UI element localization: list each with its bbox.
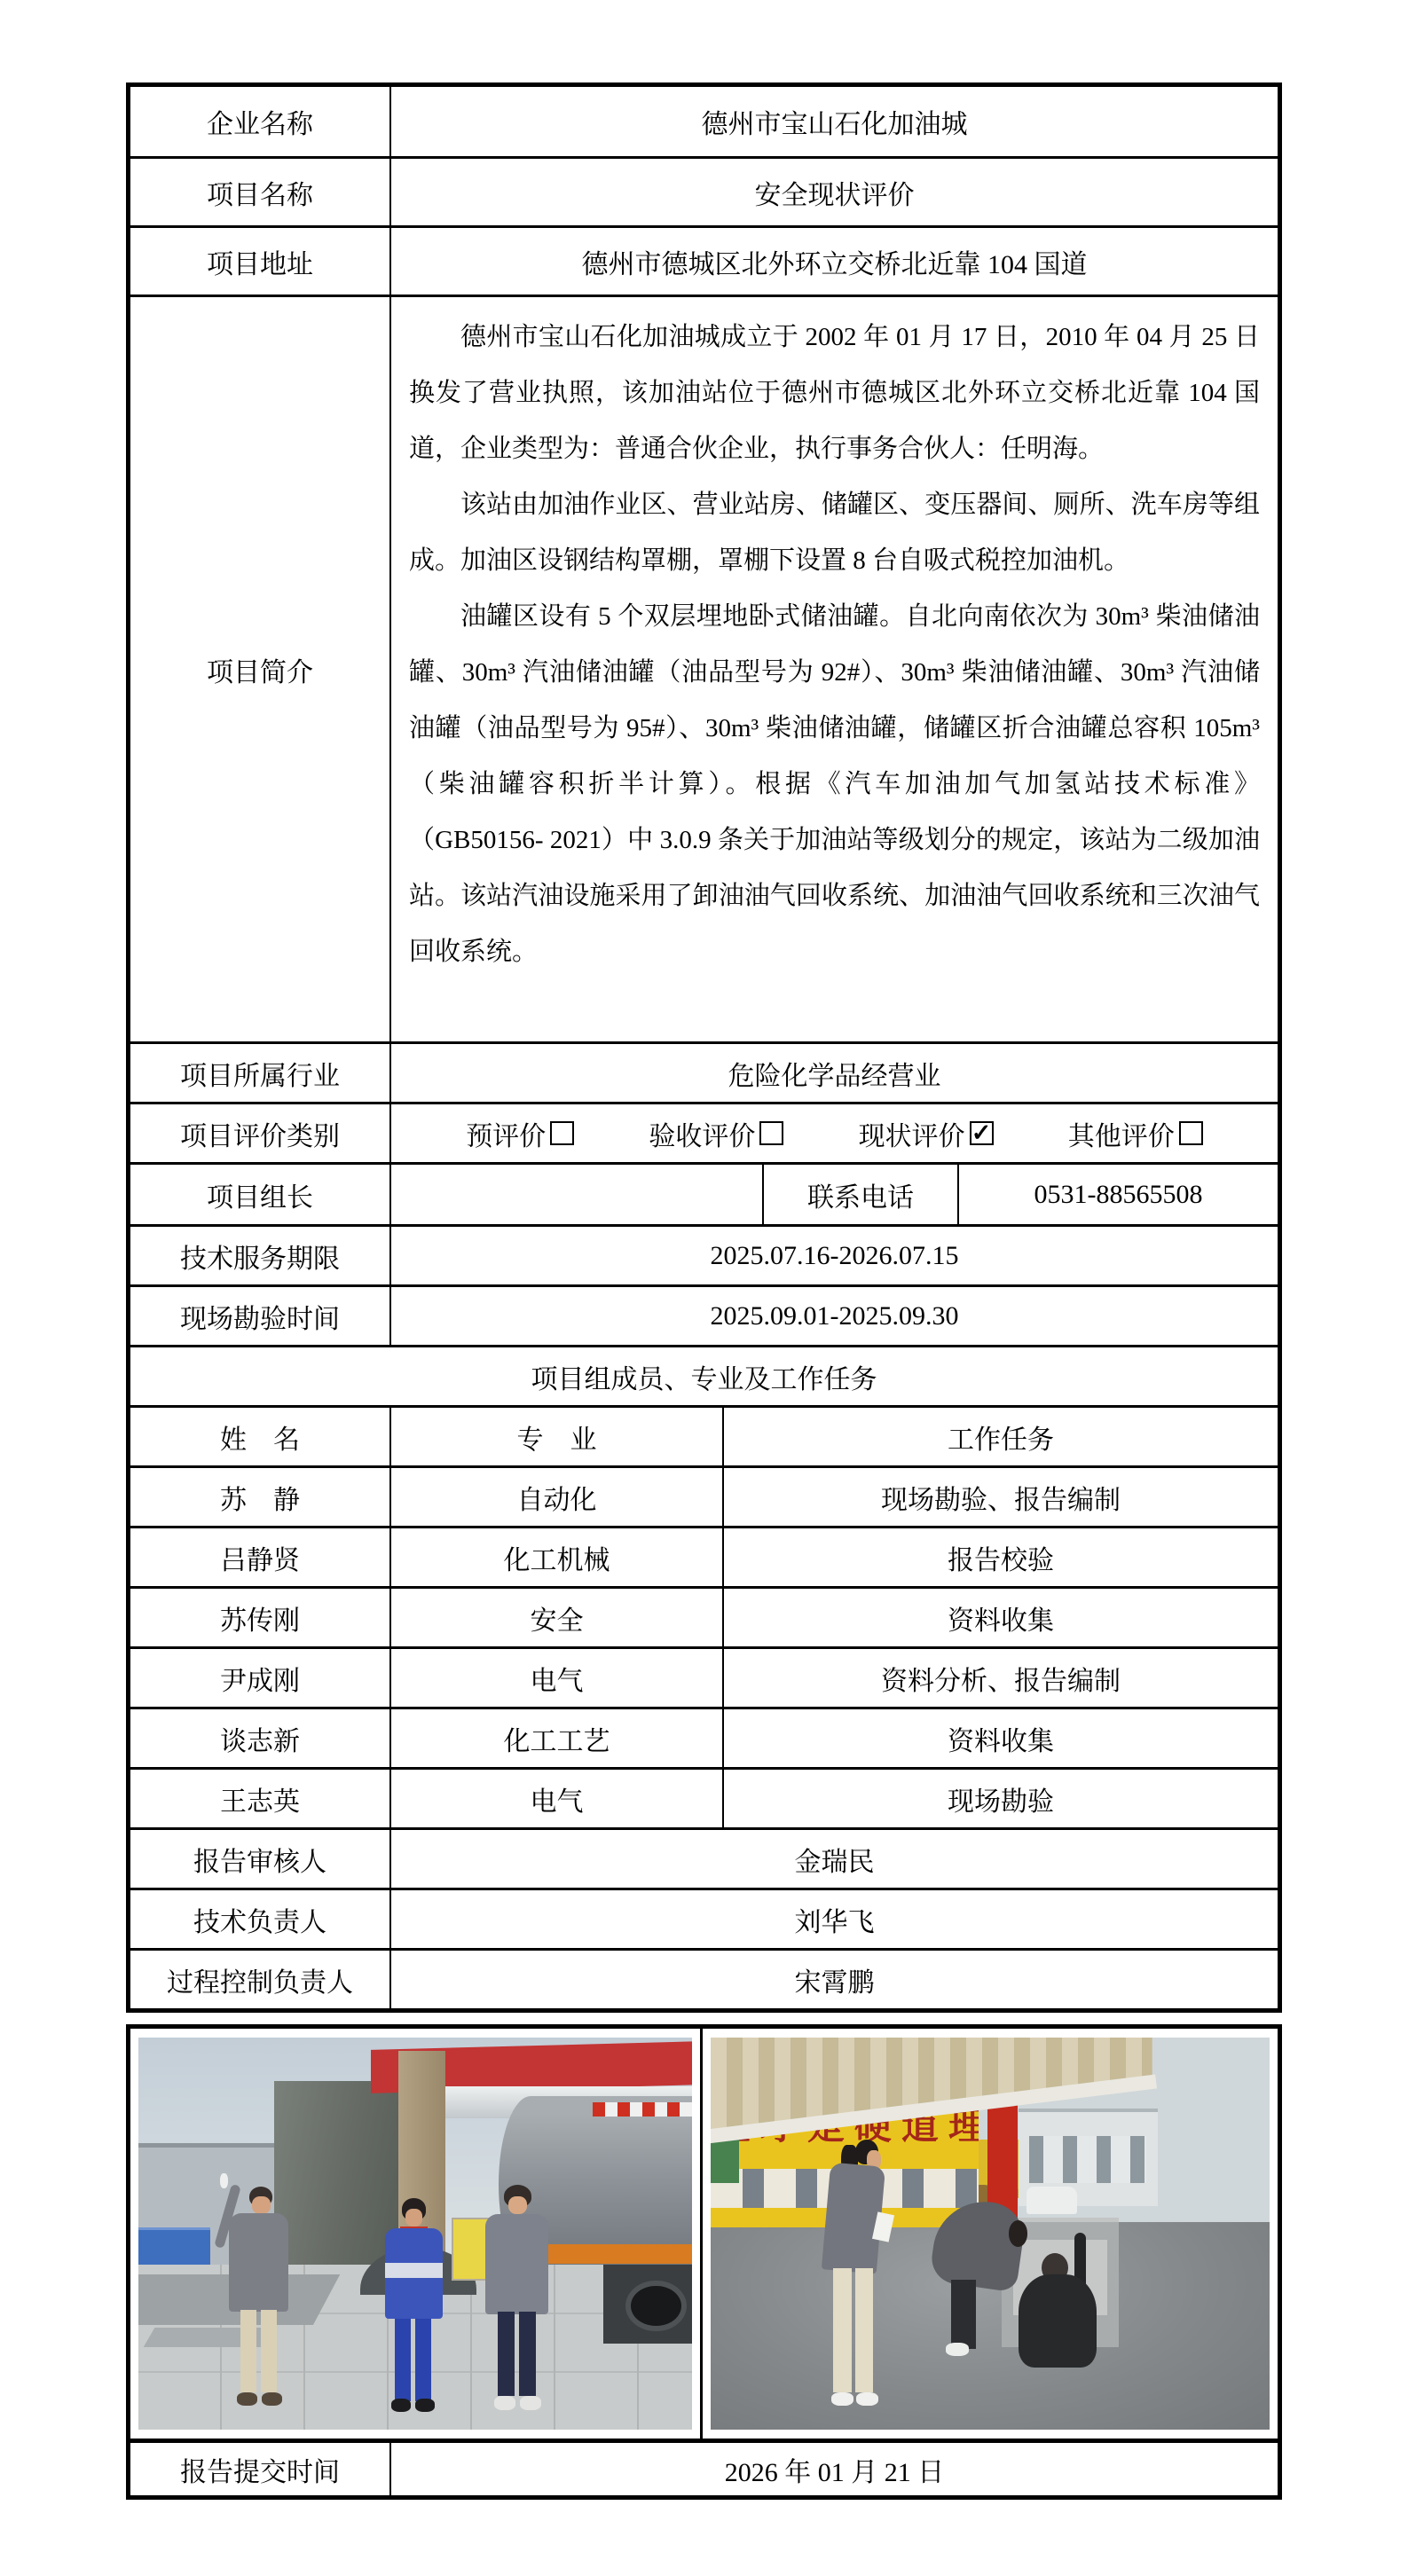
members-header-name: 姓 名 <box>130 1408 391 1465</box>
member-task: 现场勘验 <box>724 1770 1278 1827</box>
person-shoe <box>494 2396 515 2409</box>
person-face <box>252 2196 271 2214</box>
row-address: 项目地址 德州市德城区北外环立交桥北近靠 104 国道 <box>130 225 1278 295</box>
members-header-major: 专 业 <box>391 1408 724 1465</box>
process-control-director-value: 宋霄鹏 <box>391 1951 1278 2008</box>
person-jacket <box>229 2213 287 2312</box>
member-name: 王志英 <box>130 1770 391 1827</box>
industry-label: 项目所属行业 <box>130 1044 391 1102</box>
person-shoe <box>415 2399 435 2412</box>
member-name: 谈志新 <box>130 1709 391 1767</box>
report-reviewer-label: 报告审核人 <box>130 1830 391 1888</box>
intro-paragraph-1: 德州市宝山石化加油城成立于 2002 年 01 月 17 日，2010 年 04… <box>409 310 1260 477</box>
address-value: 德州市德城区北外环立交桥北近靠 104 国道 <box>391 228 1278 295</box>
members-header-task: 工作任务 <box>724 1408 1278 1465</box>
photo-row: 里才是硬道理 <box>130 2029 1278 2439</box>
person-pants-left <box>240 2310 256 2392</box>
person-shoe <box>237 2392 257 2406</box>
phone-value: 0531-88565508 <box>959 1165 1278 1224</box>
building-windows <box>1029 2136 1146 2183</box>
photo-cell-right: 里才是硬道理 <box>703 2029 1278 2439</box>
company-label: 企业名称 <box>130 87 391 156</box>
row-report-reviewer: 报告审核人 金瑞民 <box>130 1827 1278 1888</box>
member-major: 自动化 <box>391 1468 724 1526</box>
option-status-evaluation: 现状评价 ✓ <box>859 1114 994 1153</box>
row-leader: 项目组长 联系电话 0531-88565508 <box>130 1162 1278 1224</box>
row-project: 项目名称 安全现状评价 <box>130 156 1278 225</box>
survey-time-value: 2025.09.01-2025.09.30 <box>391 1287 1278 1345</box>
leader-name-value <box>391 1165 764 1224</box>
person-head <box>1009 2220 1027 2247</box>
service-period-value: 2025.07.16-2026.07.15 <box>391 1227 1278 1284</box>
submit-date-label: 报告提交时间 <box>130 2443 391 2495</box>
member-row: 苏传刚 安全 资料收集 <box>130 1586 1278 1646</box>
site-photos-table: 里才是硬道理 <box>126 2024 1282 2500</box>
person-writing-notes <box>811 2140 895 2414</box>
member-row: 吕静贤 化工机械 报告校验 <box>130 1526 1278 1586</box>
industry-value: 危险化学品经营业 <box>391 1044 1278 1102</box>
option-acceptance-evaluation: 验收评价 <box>649 1114 783 1153</box>
intro-paragraph-3: 油罐区设有 5 个双层埋地卧式储油罐。自北向南依次为 30m³ 柴油储油罐、30… <box>409 589 1260 980</box>
status-evaluation-checkmark: ✓ <box>971 1121 992 1145</box>
member-task: 现场勘验、报告编制 <box>724 1468 1278 1526</box>
navy-pants-left <box>498 2312 515 2396</box>
crouched-body <box>1019 2274 1097 2368</box>
category-label: 项目评价类别 <box>130 1104 391 1162</box>
person-shoe <box>831 2392 853 2406</box>
acceptance-evaluation-checkbox <box>759 1121 783 1145</box>
other-evaluation-checkbox <box>1179 1121 1203 1145</box>
option-pre-evaluation-label: 预评价 <box>466 1114 546 1153</box>
option-other-evaluation-label: 其他评价 <box>1068 1114 1175 1153</box>
technical-director-value: 刘华飞 <box>391 1890 1278 1948</box>
person-shoe <box>391 2399 411 2412</box>
member-name: 苏传刚 <box>130 1589 391 1646</box>
project-value: 安全现状评价 <box>391 159 1278 225</box>
member-row: 王志英 电气 现场勘验 <box>130 1767 1278 1827</box>
member-major: 化工工艺 <box>391 1709 724 1767</box>
members-section-header: 项目组成员、专业及工作任务 <box>130 1345 1278 1405</box>
row-service-period: 技术服务期限 2025.07.16-2026.07.15 <box>130 1224 1278 1284</box>
person-crouching <box>1019 2253 1097 2386</box>
site-photo-group <box>138 2038 692 2430</box>
member-task: 资料收集 <box>724 1709 1278 1767</box>
member-name: 苏 静 <box>130 1468 391 1526</box>
project-label: 项目名称 <box>130 159 391 225</box>
blue-pants-right <box>415 2319 431 2400</box>
person-face <box>405 2209 422 2226</box>
member-major: 化工机械 <box>391 1528 724 1586</box>
status-evaluation-checkbox: ✓ <box>970 1121 994 1145</box>
row-technical-director: 技术负责人 刘华飞 <box>130 1888 1278 1948</box>
survey-time-label: 现场勘验时间 <box>130 1287 391 1345</box>
row-category: 项目评价类别 预评价 验收评价 现状评价 ✓ 其他评价 <box>130 1102 1278 1162</box>
intro-text: 德州市宝山石化加油城成立于 2002 年 01 月 17 日，2010 年 04… <box>391 297 1278 1041</box>
member-name: 尹成刚 <box>130 1649 391 1707</box>
person-gray-jacket <box>222 2187 299 2410</box>
member-row: 谈志新 化工工艺 资料收集 <box>130 1707 1278 1767</box>
member-task: 报告校验 <box>724 1528 1278 1586</box>
person-shoe <box>262 2392 282 2406</box>
option-status-evaluation-label: 现状评价 <box>859 1114 965 1153</box>
evaluation-form-table: 企业名称 德州市宝山石化加油城 项目名称 安全现状评价 项目地址 德州市德城区北… <box>126 82 1282 2013</box>
member-major: 电气 <box>391 1770 724 1827</box>
option-other-evaluation: 其他评价 <box>1068 1114 1203 1153</box>
member-row: 苏 静 自动化 现场勘验、报告编制 <box>130 1465 1278 1526</box>
row-submit-date: 报告提交时间 2026 年 01 月 21 日 <box>130 2439 1278 2495</box>
member-task: 资料收集 <box>724 1589 1278 1646</box>
truck-wheel <box>625 2281 687 2331</box>
row-process-control-director: 过程控制负责人 宋霄鹏 <box>130 1948 1278 2008</box>
white-car <box>1027 2187 1077 2214</box>
members-section-title: 项目组成员、专业及工作任务 <box>130 1347 1278 1405</box>
white-shoe <box>946 2343 969 2356</box>
intro-label: 项目简介 <box>130 297 391 1041</box>
dark-pants <box>951 2280 976 2349</box>
row-company: 企业名称 德州市宝山石化加油城 <box>130 87 1278 156</box>
submit-date-value: 2026 年 01 月 21 日 <box>391 2443 1278 2495</box>
member-name: 吕静贤 <box>130 1528 391 1586</box>
category-options: 预评价 验收评价 现状评价 ✓ 其他评价 <box>391 1104 1278 1162</box>
blue-fence <box>138 2227 210 2266</box>
person-shoe <box>520 2396 541 2409</box>
members-header-row: 姓 名 专 业 工作任务 <box>130 1405 1278 1465</box>
person-jacket <box>485 2214 549 2314</box>
company-value: 德州市宝山石化加油城 <box>391 87 1278 156</box>
member-task: 资料分析、报告编制 <box>724 1649 1278 1707</box>
address-label: 项目地址 <box>130 228 391 295</box>
site-photo-inspection: 里才是硬道理 <box>711 2038 1270 2430</box>
blue-pants-left <box>395 2319 411 2400</box>
report-reviewer-value: 金瑞民 <box>391 1830 1278 1888</box>
leader-label: 项目组长 <box>130 1165 391 1224</box>
tanker-hazard-stripes <box>593 2102 692 2117</box>
row-intro: 项目简介 德州市宝山石化加油城成立于 2002 年 01 月 17 日，2010… <box>130 295 1278 1041</box>
cream-pants-left <box>833 2268 852 2391</box>
navy-pants-right <box>519 2312 536 2396</box>
person-gray-jacket-2 <box>479 2185 556 2412</box>
person-shoe <box>856 2392 878 2406</box>
reflective-stripe <box>385 2263 444 2278</box>
pre-evaluation-checkbox <box>550 1121 574 1145</box>
process-control-director-label: 过程控制负责人 <box>130 1951 391 2008</box>
option-acceptance-evaluation-label: 验收评价 <box>649 1114 755 1153</box>
phone-label: 联系电话 <box>764 1165 959 1224</box>
photo-cell-left <box>130 2029 703 2439</box>
member-major: 电气 <box>391 1649 724 1707</box>
intro-paragraph-2: 该站由加油作业区、营业站房、储罐区、变压器间、厕所、洗车房等组成。加油区设钢结构… <box>409 477 1260 589</box>
service-period-label: 技术服务期限 <box>130 1227 391 1284</box>
technical-director-label: 技术负责人 <box>130 1890 391 1948</box>
option-pre-evaluation: 预评价 <box>466 1114 574 1153</box>
row-survey-time: 现场勘验时间 2025.09.01-2025.09.30 <box>130 1284 1278 1345</box>
person-blue-uniform <box>379 2198 448 2414</box>
person-face <box>508 2196 527 2215</box>
member-row: 尹成刚 电气 资料分析、报告编制 <box>130 1646 1278 1707</box>
person-pants-right <box>261 2310 277 2392</box>
held-object <box>220 2173 229 2189</box>
cream-pants-right <box>855 2268 874 2391</box>
person-bending <box>934 2195 1029 2360</box>
row-industry: 项目所属行业 危险化学品经营业 <box>130 1041 1278 1102</box>
member-major: 安全 <box>391 1589 724 1646</box>
